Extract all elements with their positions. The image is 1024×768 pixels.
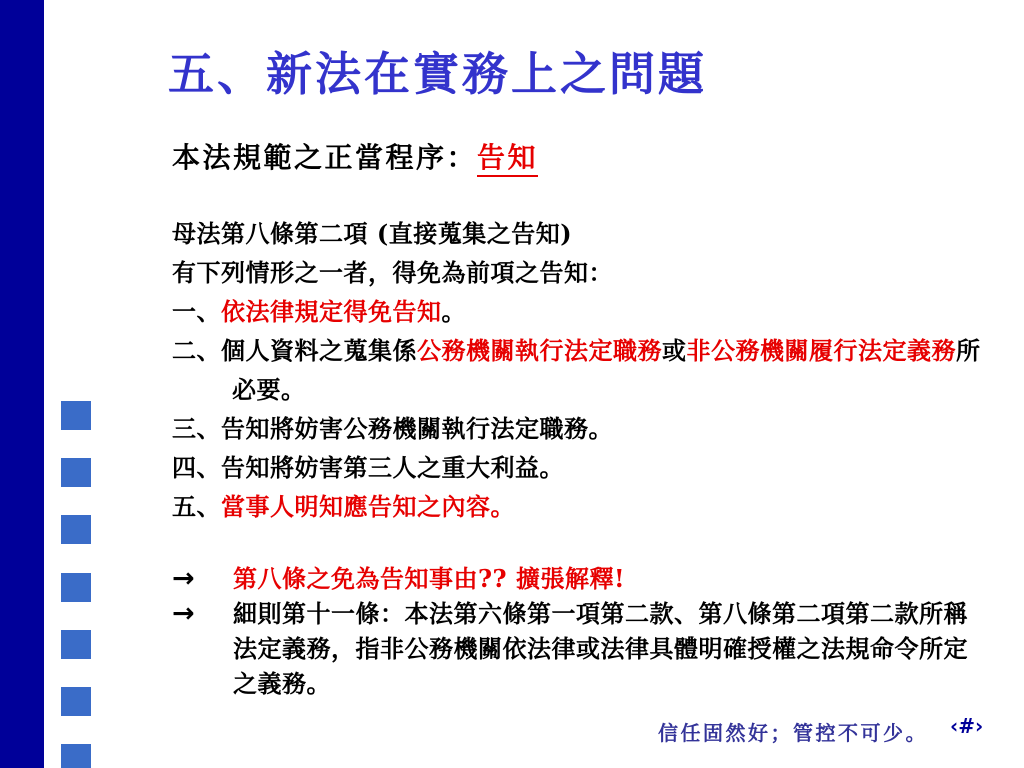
text-segment-red: 公務機關執行法定職務: [417, 336, 662, 365]
slide-body: 母法第八條第二項 (直接蒐集之告知)有下列情形之一者，得免為前項之告知：一、依法…: [172, 214, 982, 701]
body-line: 有下列情形之一者，得免為前項之告知：: [172, 253, 982, 292]
subtitle-highlight-underlined: 告知: [477, 141, 538, 177]
decorative-square: [61, 744, 91, 768]
text-segment-red: 第八條之免為告知事由?? 擴張解釋!: [233, 564, 625, 593]
text-segment-black: 母法第八條第二項 (直接蒐集之告知): [172, 219, 572, 248]
slide-title: 五、新法在實務上之問題: [168, 44, 707, 104]
arrow-item-line: 第八條之免為告知事由?? 擴張解釋!: [233, 561, 982, 596]
text-segment-black: 之義務。: [233, 669, 331, 698]
body-line: 一、依法律規定得免告知。: [172, 292, 982, 331]
arrow-icon: →: [172, 596, 195, 631]
presentation-slide: 五、新法在實務上之問題 本法規範之正當程序：告知 母法第八條第二項 (直接蒐集之…: [0, 0, 1024, 768]
body-line: 二、個人資料之蒐集係公務機關執行法定職務或非公務機關履行法定義務所: [172, 331, 982, 370]
decorative-square: [61, 687, 91, 716]
text-segment-black: 五、: [172, 492, 221, 521]
text-segment-black: 或: [662, 336, 687, 365]
body-line: 五、當事人明知應告知之內容。: [172, 487, 982, 526]
decorative-square: [61, 458, 91, 487]
text-segment-black: 必要。: [232, 375, 306, 404]
text-segment-black: 所: [956, 336, 981, 365]
text-segment-black: 三、告知將妨害公務機關執行法定職務。: [172, 414, 613, 443]
text-segment-black: 細則第十一條：本法第六條第一項第二款、第八條第二項第二款所稱: [233, 599, 968, 628]
slide-subtitle: 本法規範之正當程序：告知: [172, 138, 538, 178]
text-segment-black: 一、: [172, 297, 221, 326]
decorative-square: [61, 573, 91, 602]
body-line: 母法第八條第二項 (直接蒐集之告知): [172, 214, 982, 253]
text-segment-black: 二、個人資料之蒐集係: [172, 336, 417, 365]
body-line: 四、告知將妨害第三人之重大利益。: [172, 448, 982, 487]
text-segment-black: 四、告知將妨害第三人之重大利益。: [172, 453, 564, 482]
page-number-placeholder: ‹#›: [950, 713, 983, 739]
decorative-squares: [0, 0, 100, 768]
text-segment-black: 有下列情形之一者，得免為前項之告知：: [172, 258, 613, 287]
decorative-square: [61, 515, 91, 544]
footer-motto: 信任固然好；管控不可少。: [658, 720, 928, 746]
arrow-bullet-item: →第八條之免為告知事由?? 擴張解釋!: [172, 561, 982, 596]
text-segment-red: 依法律規定得免告知: [221, 297, 442, 326]
arrow-item-line: 細則第十一條：本法第六條第一項第二款、第八條第二項第二款所稱: [233, 596, 982, 631]
decorative-square: [61, 401, 91, 430]
text-segment-red: 非公務機關履行法定義務: [687, 336, 957, 365]
arrow-bullet-item: →細則第十一條：本法第六條第一項第二款、第八條第二項第二款所稱法定義務，指非公務…: [172, 596, 982, 701]
text-segment-black: 法定義務，指非公務機關依法律或法律具體明確授權之法規命令所定: [233, 634, 968, 663]
subtitle-prefix: 本法規範之正當程序：: [172, 141, 477, 174]
arrow-item-line: 之義務。: [233, 666, 982, 701]
body-line: 必要。: [172, 370, 982, 409]
text-segment-black: 。: [442, 297, 467, 326]
arrow-item-line: 法定義務，指非公務機關依法律或法律具體明確授權之法規命令所定: [233, 631, 982, 666]
decorative-square: [61, 630, 91, 659]
body-line: 三、告知將妨害公務機關執行法定職務。: [172, 409, 982, 448]
text-segment-red: 當事人明知應告知之內容。: [221, 492, 515, 521]
arrow-icon: →: [172, 561, 195, 596]
